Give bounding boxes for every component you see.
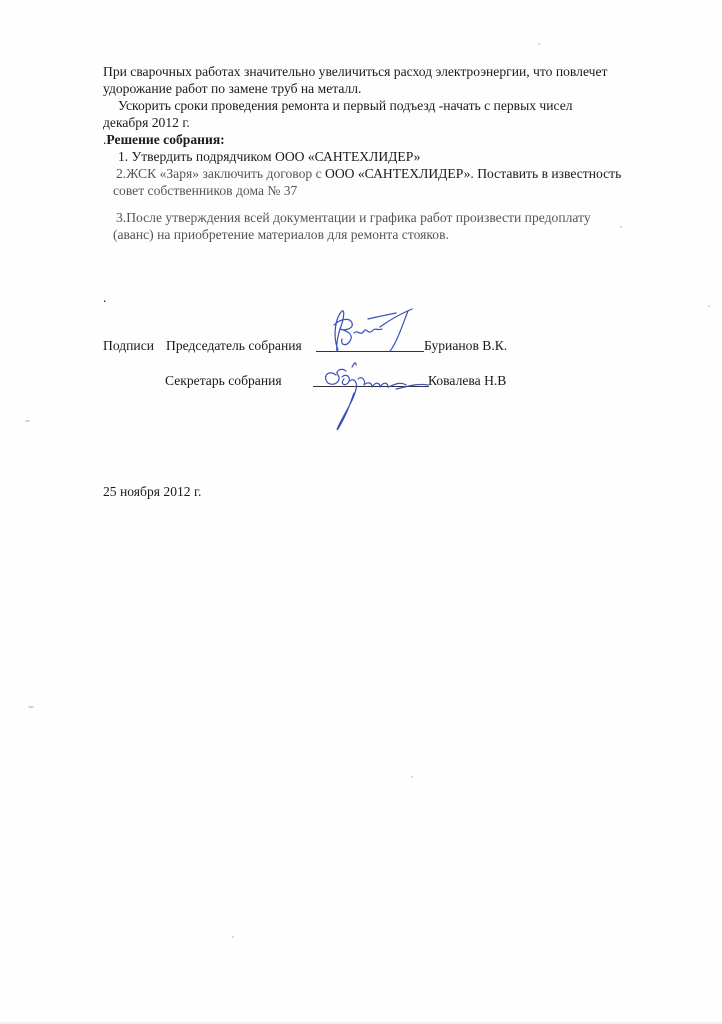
decision-heading: .Решение собрания: (103, 132, 225, 148)
paragraph-1-line-2: удорожание работ по замене труб на метал… (103, 81, 361, 97)
scan-speck (620, 226, 622, 228)
scan-speck (232, 936, 234, 938)
paragraph-1-line-1: При сварочных работах значительно увелич… (103, 64, 607, 80)
signatures-label: Подписи (103, 338, 154, 354)
scan-speck (28, 706, 34, 708)
secretary-role: Секретарь собрания (165, 373, 282, 389)
chairman-signature-icon (320, 305, 420, 355)
chairman-name: Бурианов В.К. (424, 338, 507, 354)
scan-speck (538, 43, 540, 45)
stray-dot: . (103, 290, 106, 306)
decision-item-3-line-2: (аванс) на приобретение материалов для р… (113, 227, 449, 243)
decision-item-2-line-2: совет собственников дома № 37 (113, 183, 297, 199)
chairman-role: Председатель собрания (166, 338, 302, 354)
scan-speck (25, 420, 30, 422)
paragraph-2-line-2: декабря 2012 г. (103, 115, 190, 131)
secretary-name: Ковалева Н.В (428, 373, 506, 389)
decision-item-3-line-1: 3.После утверждения всей документации и … (116, 210, 591, 226)
decision-item-2-part-a: 2.ЖСК «Заря» заключить договор с (116, 166, 325, 181)
decision-item-2-line-1: 2.ЖСК «Заря» заключить договор с ООО «СА… (116, 166, 621, 182)
scanned-document-page: При сварочных работах значительно увелич… (0, 0, 722, 1024)
paragraph-2-line-1: Ускорить сроки проведения ремонта и перв… (118, 98, 573, 114)
decision-heading-text: Решение собрания: (106, 132, 224, 147)
decision-item-2-part-b: ООО «САНТЕХЛИДЕР». Поставить в известнос… (325, 166, 621, 181)
scan-speck (411, 776, 413, 778)
secretary-signature-icon (316, 355, 436, 435)
document-date: 25 ноября 2012 г. (103, 484, 201, 500)
scan-speck (708, 305, 710, 307)
decision-item-1: 1. Утвердить подрядчиком ООО «САНТЕХЛИДЕ… (118, 149, 420, 165)
